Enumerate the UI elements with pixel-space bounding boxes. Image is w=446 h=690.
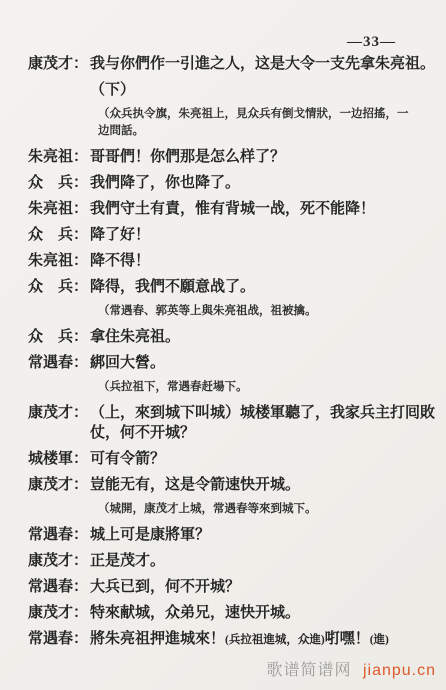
stage-direction: （常遇春、郭英等上與朱亮祖战，祖被擒。	[28, 303, 440, 320]
speaker-name: 朱亮祖：	[28, 251, 90, 271]
dialogue-line: 常遇春：城上可是康將軍？	[28, 525, 440, 545]
dialogue-segment: 將朱亮祖押進城來！	[90, 631, 225, 647]
watermark: 歌谱简谱网 jianpu.cn	[266, 657, 436, 680]
dialogue-segment: 咑嘿！	[325, 631, 370, 647]
speaker-name: 众 兵：	[28, 277, 90, 297]
dialogue-line: 朱亮祖：哥哥們！你們那是怎么样了？	[28, 147, 440, 167]
speaker-name: 众 兵：	[28, 327, 90, 347]
speaker-name: 康茂才：	[28, 551, 90, 571]
stage-direction: （众兵执令旗，朱亮祖上，見众兵有倒戈情狀，一边招搖，一边問話。	[28, 106, 440, 140]
dialogue-text: 豈能无有，这是令箭速快开城。	[90, 475, 440, 495]
dialogue-text: 大兵已到，何不开城？	[90, 577, 440, 597]
speaker-name	[28, 80, 90, 100]
dialogue-text: 將朱亮祖押進城來！(兵拉祖進城，众進)咑嘿！(進)	[90, 629, 440, 650]
speaker-name: 康茂才：	[28, 475, 90, 495]
page-number: —33—	[347, 34, 396, 51]
dialogue-text: 我与你們作一引進之人，这是大令一支先拿朱亮祖。	[90, 54, 440, 74]
dialogue-line: 城楼軍：可有令箭？	[28, 449, 440, 469]
speaker-name: 常遇春：	[28, 525, 90, 545]
speaker-name: 城楼軍：	[28, 449, 90, 469]
speaker-name: 康茂才：	[28, 54, 90, 74]
dialogue-text: 正是茂才。	[90, 551, 440, 571]
dialogue-line: 众 兵：拿住朱亮祖。	[28, 327, 440, 347]
speaker-name: 康茂才：	[28, 603, 90, 623]
speaker-name: 常遇春：	[28, 577, 90, 597]
script-body: 康茂才：我与你們作一引進之人，这是大令一支先拿朱亮祖。（下）（众兵执令旗，朱亮祖…	[28, 54, 440, 650]
dialogue-text: 哥哥們！你們那是怎么样了？	[90, 147, 440, 167]
dialogue-line: 常遇春：大兵已到，何不开城？	[28, 577, 440, 597]
dialogue-line: 康茂才：（上，來到城下叫城）城楼軍聽了，我家兵主打囘敗仗，何不开城？	[28, 403, 440, 443]
dialogue-line: 众 兵：降得，我們不願意战了。	[28, 277, 440, 297]
dialogue-text: （上，來到城下叫城）城楼軍聽了，我家兵主打囘敗仗，何不开城？	[90, 403, 440, 443]
dialogue-text: 拿住朱亮祖。	[90, 327, 440, 347]
speaker-name: 朱亮祖：	[28, 147, 90, 167]
dialogue-text: 我們守土有責，惟有背城一战，死不能降！	[90, 199, 440, 219]
dialogue-line: 康茂才：特來献城，众弟兄，速快开城。	[28, 603, 440, 623]
speaker-name: 常遇春：	[28, 353, 90, 373]
dialogue-line: 康茂才：我与你們作一引進之人，这是大令一支先拿朱亮祖。	[28, 54, 440, 74]
dialogue-text: 降不得！	[90, 251, 440, 271]
speaker-name: 常遇春：	[28, 629, 90, 650]
scanned-script-page: —33— 康茂才：我与你們作一引進之人，这是大令一支先拿朱亮祖。（下）（众兵执令…	[0, 0, 446, 690]
dialogue-text: 我們降了，你也降了。	[90, 173, 440, 193]
dialogue-text: 城上可是康將軍？	[90, 525, 440, 545]
speaker-name: 康茂才：	[28, 403, 90, 443]
dialogue-text: 可有令箭？	[90, 449, 440, 469]
dialogue-line: 常遇春：將朱亮祖押進城來！(兵拉祖進城，众進)咑嘿！(進)	[28, 629, 440, 650]
dialogue-text: 特來献城，众弟兄，速快开城。	[90, 603, 440, 623]
watermark-site-url: jianpu.cn	[363, 662, 436, 679]
dialogue-line: 康茂才：豈能无有，这是令箭速快开城。	[28, 475, 440, 495]
dialogue-text: 降得，我們不願意战了。	[90, 277, 440, 297]
dialogue-line: 众 兵：降了好！	[28, 225, 440, 245]
speaker-name: 朱亮祖：	[28, 199, 90, 219]
dialogue-line: 众 兵：我們降了，你也降了。	[28, 173, 440, 193]
stage-direction: （兵拉祖下，常遇春赶場下。	[28, 379, 440, 396]
dialogue-line: 朱亮祖：降不得！	[28, 251, 440, 271]
inline-stage-note: (兵拉祖進城，众進)	[225, 634, 325, 646]
speaker-name: 众 兵：	[28, 225, 90, 245]
dialogue-text: 降了好！	[90, 225, 440, 245]
stage-direction: （城開，康茂才上城，常遇春等來到城下。	[28, 501, 440, 518]
dialogue-line: 朱亮祖：我們守土有責，惟有背城一战，死不能降！	[28, 199, 440, 219]
dialogue-line: 康茂才：正是茂才。	[28, 551, 440, 571]
dialogue-line: （下）	[28, 80, 440, 100]
speaker-name: 众 兵：	[28, 173, 90, 193]
inline-stage-note: (進)	[370, 634, 389, 646]
dialogue-text: （下）	[90, 80, 440, 100]
dialogue-text: 綁回大營。	[90, 353, 440, 373]
watermark-site-name: 歌谱简谱网	[266, 662, 351, 679]
dialogue-line: 常遇春：綁回大營。	[28, 353, 440, 373]
